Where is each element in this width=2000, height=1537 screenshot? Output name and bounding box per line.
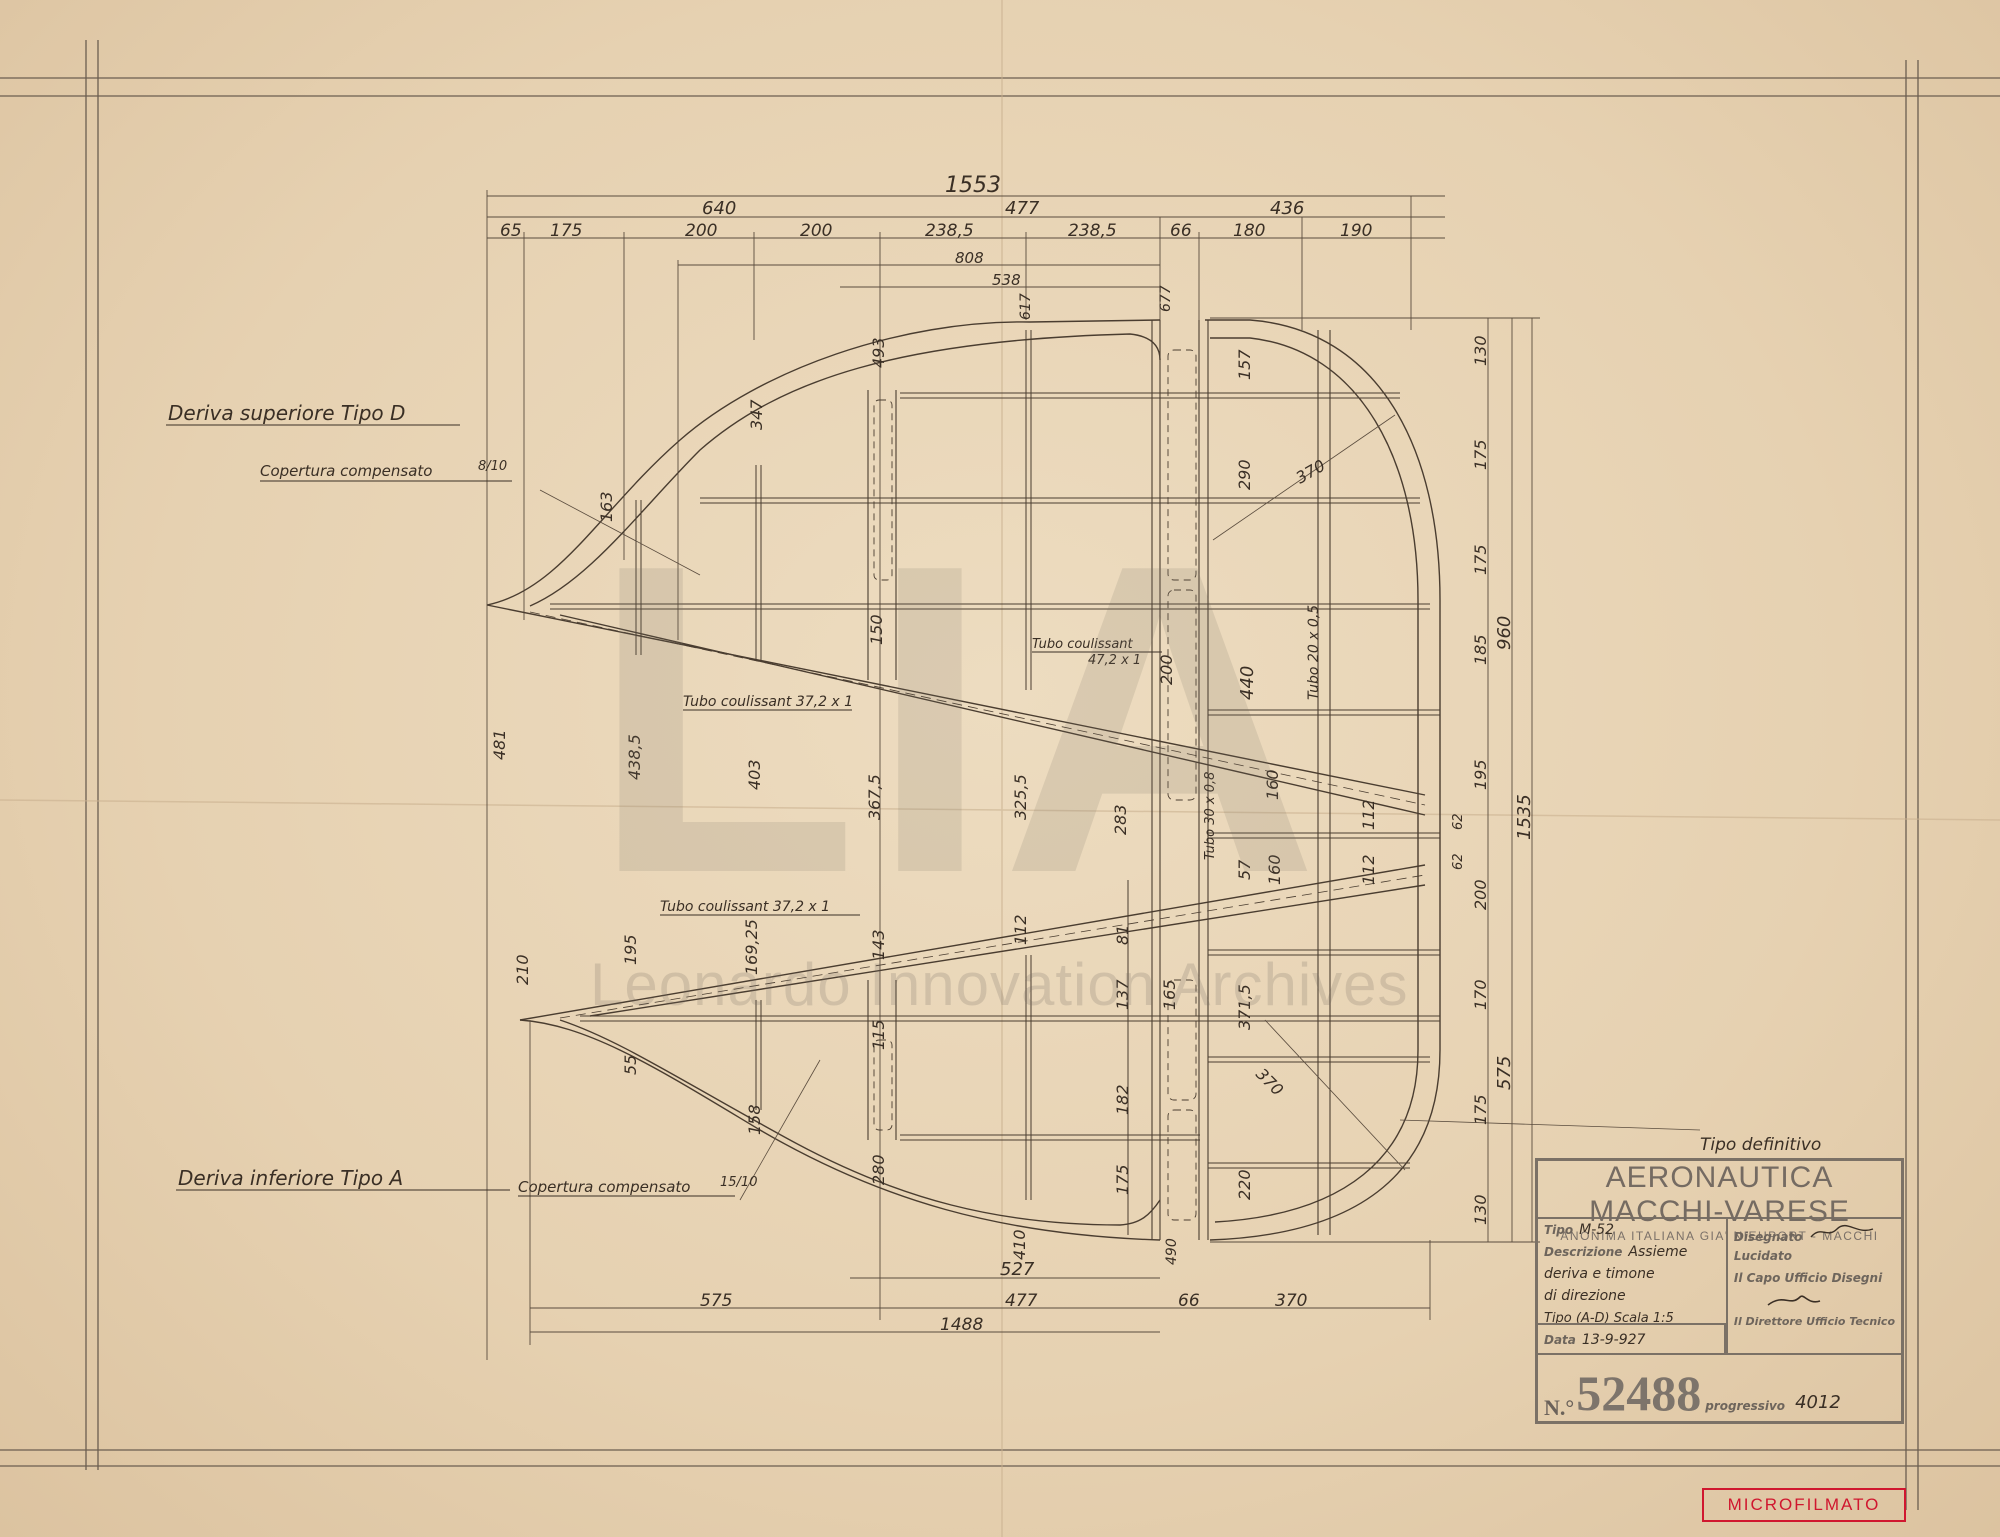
svg-text:112: 112 xyxy=(1359,799,1378,830)
svg-text:195: 195 xyxy=(1471,759,1490,790)
svg-text:808: 808 xyxy=(955,249,984,267)
svg-text:370: 370 xyxy=(1252,1064,1287,1099)
tipo-row: TipoM-52 xyxy=(1538,1219,1726,1241)
svg-text:15/10: 15/10 xyxy=(720,1175,757,1190)
svg-text:62: 62 xyxy=(1451,813,1466,830)
progressivo-value: 4012 xyxy=(1795,1392,1841,1413)
svg-text:347: 347 xyxy=(747,399,766,430)
svg-text:238,5: 238,5 xyxy=(925,221,974,241)
title-block-header: AERONAUTICA MACCHI-VARESE ANONIMA ITALIA… xyxy=(1538,1161,1901,1219)
svg-text:1553: 1553 xyxy=(945,173,1001,198)
title-block-footer: N.° 52488 progressivo 4012 xyxy=(1538,1355,1901,1421)
svg-text:220: 220 xyxy=(1235,1169,1254,1200)
svg-text:180: 180 xyxy=(1233,221,1265,241)
svg-text:158: 158 xyxy=(745,1104,764,1135)
tipo-label: Tipo xyxy=(1544,1223,1573,1237)
number-label: N.° xyxy=(1544,1395,1574,1421)
svg-text:210: 210 xyxy=(513,954,532,985)
svg-text:Tipo definitivo: Tipo definitivo xyxy=(1700,1135,1821,1155)
descrizione-value-2: deriva e timone xyxy=(1544,1266,1655,1282)
svg-text:175: 175 xyxy=(1471,439,1490,470)
svg-text:Copertura compensato: Copertura compensato xyxy=(518,1178,690,1196)
svg-text:Copertura compensato: Copertura compensato xyxy=(260,462,432,480)
svg-text:490: 490 xyxy=(1164,1238,1180,1265)
drawing-number: 52488 xyxy=(1576,1365,1701,1421)
svg-text:8/10: 8/10 xyxy=(478,459,507,474)
svg-text:538: 538 xyxy=(992,271,1021,289)
svg-text:481: 481 xyxy=(490,729,509,760)
svg-text:175: 175 xyxy=(1471,544,1490,575)
direttore-label: Il Direttore Ufficio Tecnico xyxy=(1734,1315,1895,1328)
svg-text:436: 436 xyxy=(1270,198,1304,219)
svg-text:1535: 1535 xyxy=(1514,794,1535,840)
svg-text:175: 175 xyxy=(550,221,582,241)
svg-text:Deriva superiore Tipo D: Deriva superiore Tipo D xyxy=(168,401,405,425)
direttore-row: Il Direttore Ufficio Tecnico xyxy=(1734,1311,1895,1333)
svg-text:527: 527 xyxy=(1000,1259,1035,1280)
svg-text:182: 182 xyxy=(1113,1084,1132,1115)
title-block: AERONAUTICA MACCHI-VARESE ANONIMA ITALIA… xyxy=(1535,1158,1904,1424)
progressivo-label: progressivo xyxy=(1705,1399,1785,1413)
tipo-value: M-52 xyxy=(1579,1222,1614,1238)
svg-text:65: 65 xyxy=(500,221,522,241)
lucidato-row: Lucidato xyxy=(1734,1245,1895,1267)
descrizione-value-3: di direzione xyxy=(1544,1288,1626,1304)
capo-row: Il Capo Ufficio Disegni xyxy=(1734,1267,1895,1289)
svg-text:280: 280 xyxy=(869,1154,888,1185)
microfilmato-stamp: MICROFILMATO xyxy=(1702,1488,1906,1522)
right-dimension-labels: 130 175 175 185 195 200 170 175 130 960 … xyxy=(1451,335,1535,1225)
svg-text:170: 170 xyxy=(1471,979,1490,1010)
svg-text:66: 66 xyxy=(1170,221,1192,241)
descrizione-row: DescrizioneAssieme xyxy=(1538,1241,1726,1263)
descrizione-label: Descrizione xyxy=(1544,1245,1622,1259)
disegnato-row: Disegnato xyxy=(1734,1223,1895,1245)
capo-label: Il Capo Ufficio Disegni xyxy=(1734,1271,1882,1285)
svg-text:130: 130 xyxy=(1471,1194,1490,1225)
top-dimension-labels: 1553 640 477 436 65 175 200 200 238,5 23… xyxy=(500,173,1372,289)
watermark-logo: LIA xyxy=(590,500,1329,940)
disegnato-label: Disegnato xyxy=(1734,1230,1803,1244)
svg-text:677: 677 xyxy=(1158,285,1174,312)
svg-text:200: 200 xyxy=(1471,879,1490,910)
svg-text:175: 175 xyxy=(1471,1094,1490,1125)
svg-text:640: 640 xyxy=(702,198,736,219)
data-label: Data xyxy=(1544,1333,1576,1347)
descrizione-line-3: di direzione xyxy=(1538,1285,1726,1307)
svg-text:1488: 1488 xyxy=(940,1315,983,1335)
svg-text:112: 112 xyxy=(1359,854,1378,885)
svg-text:66: 66 xyxy=(1178,1291,1200,1311)
svg-text:62: 62 xyxy=(1451,853,1466,870)
capo-signature-icon xyxy=(1764,1289,1824,1309)
svg-text:115: 115 xyxy=(869,1019,888,1050)
svg-text:185: 185 xyxy=(1471,634,1490,665)
svg-text:130: 130 xyxy=(1471,335,1490,366)
svg-text:55: 55 xyxy=(621,1055,640,1075)
svg-text:157: 157 xyxy=(1235,349,1254,380)
data-value: 13-9-927 xyxy=(1582,1332,1646,1348)
svg-text:190: 190 xyxy=(1340,221,1372,241)
svg-text:477: 477 xyxy=(1005,198,1040,219)
title-block-right: Disegnato Lucidato Il Capo Ufficio Diseg… xyxy=(1728,1219,1901,1353)
svg-text:960: 960 xyxy=(1494,616,1515,650)
svg-text:575: 575 xyxy=(1494,1056,1515,1090)
bottom-dimension-labels: 527 575 477 66 370 1488 xyxy=(700,1259,1307,1335)
data-row: Data13-9-927 xyxy=(1538,1323,1726,1355)
svg-text:175: 175 xyxy=(1113,1164,1132,1195)
watermark-text: Leonardo Innovation Archives xyxy=(590,950,1409,1019)
svg-text:200: 200 xyxy=(685,221,717,241)
svg-text:410: 410 xyxy=(1010,1229,1029,1260)
svg-text:200: 200 xyxy=(800,221,832,241)
svg-text:575: 575 xyxy=(700,1291,732,1311)
svg-text:370: 370 xyxy=(1275,1291,1307,1311)
disegnato-signature-icon xyxy=(1807,1223,1877,1241)
svg-text:477: 477 xyxy=(1005,1291,1038,1311)
svg-text:Deriva inferiore Tipo A: Deriva inferiore Tipo A xyxy=(178,1166,403,1190)
svg-text:617: 617 xyxy=(1018,293,1034,320)
svg-text:493: 493 xyxy=(869,337,888,368)
svg-text:238,5: 238,5 xyxy=(1068,221,1117,241)
descrizione-value-1: Assieme xyxy=(1628,1244,1687,1260)
descrizione-line-2: deriva e timone xyxy=(1538,1263,1726,1285)
lucidato-label: Lucidato xyxy=(1734,1249,1792,1263)
capo-signature-row xyxy=(1734,1289,1895,1311)
